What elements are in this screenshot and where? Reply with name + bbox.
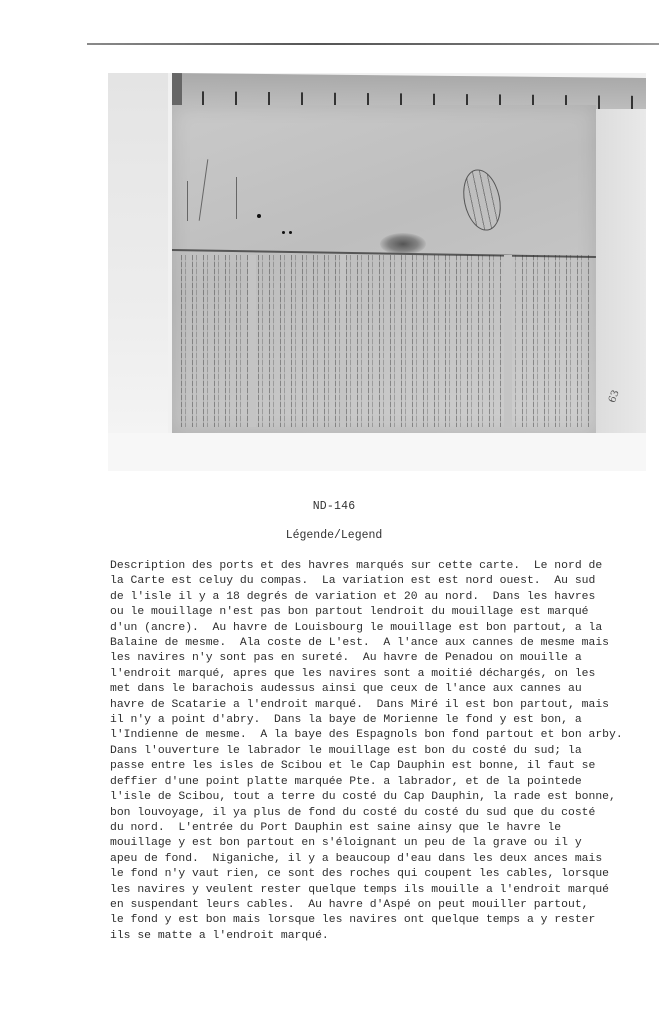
- ruler-tick: [268, 92, 270, 106]
- column-gap: [340, 255, 346, 427]
- body-text-line: les navires n'y sont pas en sureté. Au h…: [110, 651, 668, 666]
- photo-background-left: [108, 73, 168, 471]
- body-text-line: de l'isle il y a 18 degrés de variation …: [110, 590, 668, 605]
- legend-body-text: Description des ports et des havres marq…: [110, 559, 668, 944]
- top-rule-divider: [87, 43, 659, 45]
- body-text-line: les navires y veulent rester quelque tem…: [110, 883, 668, 898]
- body-text-line: mouillage y est bon partout en s'éloigna…: [110, 836, 668, 851]
- body-text-line: du nord. L'entrée du Port Dauphin est sa…: [110, 821, 668, 836]
- column-gap: [504, 255, 512, 427]
- body-text-line: le fond y est bon mais lorsque les navir…: [110, 913, 668, 928]
- ruler-tick: [598, 95, 600, 109]
- column-gap: [248, 255, 256, 427]
- body-text-line: l'isle de Scibou, tout a terre du costé …: [110, 790, 668, 805]
- body-text-line: le fond n'y vaut rien, ce sont des roche…: [110, 867, 668, 882]
- body-text-line: bon louvoyage, il ya plus de fond du cos…: [110, 806, 668, 821]
- body-text-line: Description des ports et des havres marq…: [110, 559, 668, 574]
- ink-dot: [282, 231, 285, 234]
- ruler-end: [172, 73, 182, 105]
- body-text-line: deffier d'une point platte marquée Pte. …: [110, 775, 668, 790]
- ink-dot: [257, 214, 261, 218]
- body-text-line: l'Indienne de mesme. A la baye des Espag…: [110, 728, 668, 743]
- ruler-tick: [631, 96, 633, 110]
- body-text-line: Dans l'ouverture le labrador le mouillag…: [110, 744, 668, 759]
- ruler-tick: [235, 92, 237, 106]
- document-id: ND-146: [0, 500, 668, 513]
- body-text-line: havre de Scatarie a l'endroit marqué. Da…: [110, 698, 668, 713]
- body-text-line: apeu de fond. Niganiche, il y a beaucoup…: [110, 852, 668, 867]
- body-text-line: ils se matte a l'endroit marqué.: [110, 929, 668, 944]
- ink-dot: [289, 231, 292, 234]
- body-text-line: la Carte est celuy du compas. La variati…: [110, 574, 668, 589]
- manuscript-photo: 63: [108, 73, 646, 471]
- body-text-line: l'endroit marqué, apres que les navires …: [110, 667, 668, 682]
- photo-background-bottom: [108, 433, 646, 471]
- body-text-line: passe entre les isles de Scibou et le Ca…: [110, 759, 668, 774]
- pencil-mark: [187, 181, 188, 221]
- body-text-line: d'un (ancre). Au havre de Louisbourg le …: [110, 621, 668, 636]
- ink-smudge: [380, 233, 426, 255]
- sheet-right-margin: [596, 109, 646, 433]
- pencil-mark: [236, 177, 237, 219]
- legend-title: Légende/Legend: [0, 529, 668, 542]
- body-text-line: il n'y a point d'abry. Dans la baye de M…: [110, 713, 668, 728]
- body-text-line: Balaine de mesme. Ala coste de L'est. A …: [110, 636, 668, 651]
- body-text-line: ou le mouillage n'est pas bon partout le…: [110, 605, 668, 620]
- body-text-line: en suspendant leurs cables. Au havre d'A…: [110, 898, 668, 913]
- handwritten-text-block: [178, 255, 590, 427]
- ruler-tick: [202, 91, 204, 105]
- body-text-line: met dans le barachois audessus ainsi que…: [110, 682, 668, 697]
